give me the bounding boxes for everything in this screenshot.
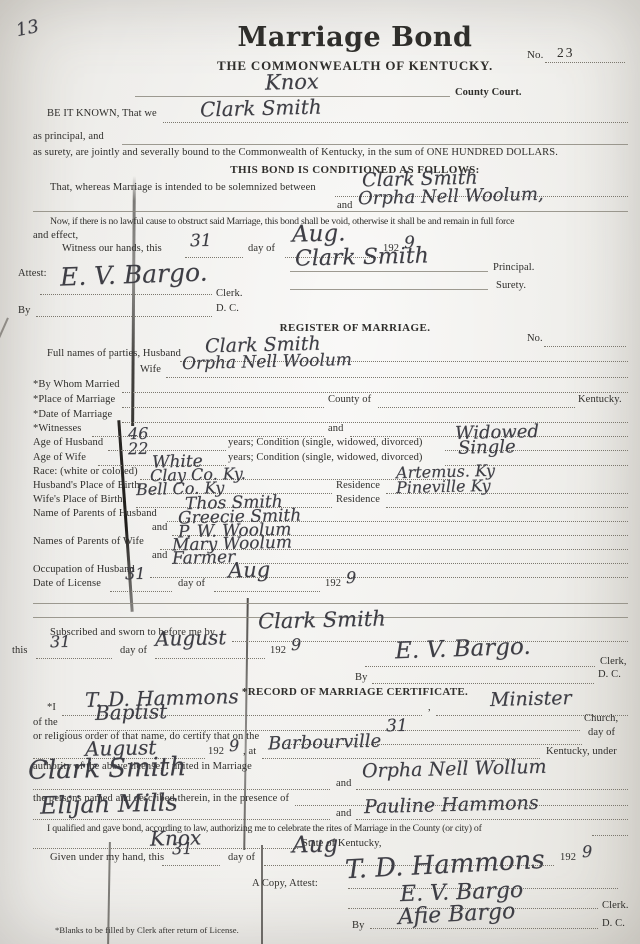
by-whom-married-label: *By Whom Married <box>33 379 120 390</box>
husband-birth-label: Husband's Place of Birth <box>33 480 140 491</box>
city-handwritten: Barbourville <box>268 731 382 755</box>
day-of-label: day of <box>588 727 615 738</box>
attest-label: Attest: <box>18 268 47 279</box>
at-label: , at <box>243 746 256 757</box>
rule <box>122 407 324 408</box>
clerk-signature: E. V. Bargo. <box>60 257 208 291</box>
surety-clause: as surety, are jointly and severally bou… <box>33 147 558 158</box>
fold-crease-line <box>243 598 249 850</box>
county-name-handwritten: Knox <box>265 69 319 94</box>
void-clause: Now, if there is no lawful cause to obst… <box>50 216 514 227</box>
kentucky-under-label: Kentucky, under <box>546 746 617 757</box>
wife-age-handwritten: 22 <box>128 439 149 458</box>
cert-day-handwritten: 31 <box>386 716 408 737</box>
register-number-label: No. <box>527 333 543 344</box>
day-of-label: day of <box>120 645 147 656</box>
by-label: By <box>18 305 30 316</box>
year-prefix: 192 <box>208 746 224 757</box>
rule <box>110 591 172 592</box>
deputy-signature: Afie Bargo <box>397 899 515 930</box>
rule <box>163 122 628 123</box>
condition-label: years; Condition (single, widowed, divor… <box>228 437 423 448</box>
occupation-handwritten: Farmer <box>172 547 236 569</box>
document-title: Marriage Bond <box>70 22 640 53</box>
clerk-label: Clerk, <box>600 656 627 667</box>
copy-attest-label: A Copy, Attest: <box>252 878 318 889</box>
surety-label: Surety. <box>496 280 526 291</box>
conditioned-heading: THIS BOND IS CONDITIONED AS FOLLOWS: <box>70 164 640 176</box>
sworn-day-handwritten: 31 <box>50 632 71 651</box>
minister-title-handwritten: Minister <box>490 687 572 711</box>
register-heading: REGISTER OF MARRIAGE. <box>70 322 640 334</box>
rule <box>356 819 628 820</box>
rule <box>36 658 112 659</box>
principal-label: Principal. <box>493 262 535 273</box>
license-year-handwritten: 9 <box>346 568 357 587</box>
rule <box>378 407 575 408</box>
solemnized-clause: That, whereas Marriage is intended to be… <box>50 182 316 193</box>
year-prefix: 192 <box>560 852 576 863</box>
and-label: and <box>328 423 343 434</box>
rule <box>214 591 320 592</box>
rule <box>36 316 212 317</box>
day-of-label: day of <box>248 243 275 254</box>
license-day-handwritten: 31 <box>125 564 146 583</box>
be-it-known-clause: BE IT KNOWN, That we <box>47 108 157 119</box>
sworn-month-handwritten: August <box>155 625 227 651</box>
principal-name-handwritten: Clark Smith <box>200 95 322 122</box>
corner-pen-mark: 13 <box>14 16 41 41</box>
this-label: this <box>12 645 28 656</box>
and-label: and <box>152 522 167 533</box>
as-principal-clause: as principal, and <box>33 131 104 142</box>
register-wife-handwritten: Orpha Nell Woolum <box>182 350 352 374</box>
occupation-label: Occupation of Husband <box>33 564 135 575</box>
qualified-clause: I qualified and gave bond, according to … <box>47 823 482 834</box>
residence-label: Residence <box>336 480 380 491</box>
comma-label: , <box>428 702 431 713</box>
cert-year-handwritten: 9 <box>229 736 240 755</box>
rule <box>150 577 628 578</box>
deputy-clerk-label: D. C. <box>602 918 625 929</box>
of-the-label: of the <box>33 717 58 728</box>
rule <box>592 835 628 836</box>
deputy-clerk-label: D. C. <box>216 303 239 314</box>
clerk-label: Clerk. <box>602 900 629 911</box>
scratch-mark <box>0 317 9 358</box>
rule <box>162 865 220 866</box>
full-names-label: Full names of parties, Husband <box>47 348 181 359</box>
parents-of-husband-label: Name of Parents of Husband <box>33 508 157 519</box>
sworn-year-handwritten: 9 <box>291 635 302 654</box>
void-clause-continued: and effect, <box>33 230 78 241</box>
age-of-husband-label: Age of Husband <box>33 437 103 448</box>
residence-label: Residence <box>336 494 380 505</box>
scanned-marriage-bond-page: 13 Marriage Bond No. 23 THE COMMONWEALTH… <box>0 0 640 944</box>
given-day-handwritten: 31 <box>172 839 193 858</box>
rule <box>122 144 628 145</box>
rule <box>122 392 628 393</box>
date-of-marriage-label: *Date of Marriage <box>33 409 112 420</box>
cert-witness1-handwritten: Elijah Mills <box>40 788 178 819</box>
cert-witness2-handwritten: Pauline Hammons <box>364 792 539 818</box>
deputy-clerk-label: D. C. <box>598 669 621 680</box>
given-month-handwritten: Aug <box>292 831 339 858</box>
parents-of-wife-label: Names of Parents of Wife <box>33 536 144 547</box>
rule <box>122 422 628 423</box>
race-label: Race: (white or colored) <box>33 466 138 477</box>
and-label: and <box>152 550 167 561</box>
rule <box>386 507 628 508</box>
day-of-label: day of <box>228 852 255 863</box>
rule <box>33 603 628 604</box>
condition-label: years; Condition (single, widowed, divor… <box>228 452 423 463</box>
and-label: and <box>337 200 352 211</box>
rule <box>40 294 212 295</box>
rule <box>166 377 628 378</box>
by-label: By <box>355 672 367 683</box>
rule <box>33 211 628 212</box>
cert-groom-handwritten: Clark Smith <box>28 752 187 786</box>
principal-signature: Clark Smith <box>295 243 429 271</box>
wife-label: Wife <box>140 364 161 375</box>
wife-residence-handwritten: Pineville Ky <box>396 476 491 497</box>
church-label: Church, <box>584 713 618 724</box>
rule <box>356 789 628 790</box>
rule <box>544 346 626 347</box>
rule <box>365 666 595 667</box>
day-of-label: day of <box>178 578 205 589</box>
witness-month-handwritten: Aug. <box>292 220 346 247</box>
i-label: *I <box>47 702 56 713</box>
clerk-label: Clerk. <box>216 288 243 299</box>
witnesses-label: *Witnesses <box>33 423 81 434</box>
rule <box>33 819 330 820</box>
place-of-marriage-label: *Place of Marriage <box>33 394 115 405</box>
and-label: and <box>336 778 351 789</box>
fold-crease-line <box>131 176 136 426</box>
rule <box>372 683 594 684</box>
wife-birth-label: Wife's Place of Birth <box>33 494 123 505</box>
rule <box>370 928 598 929</box>
year-prefix: 192 <box>325 578 341 589</box>
rule <box>290 289 488 290</box>
date-of-license-label: Date of License <box>33 578 101 589</box>
cert-bride-handwritten: Orpha Nell Wollum <box>362 756 547 783</box>
sworn-name-handwritten: Clark Smith <box>258 606 386 633</box>
license-month-handwritten: Aug <box>228 557 271 582</box>
church-handwritten: Baptist <box>95 699 168 725</box>
given-clause: Given under my hand, this <box>50 852 164 863</box>
county-court-label: County Court. <box>455 87 522 98</box>
by-label: By <box>352 920 364 931</box>
rule <box>155 658 265 659</box>
footnote: *Blanks to be filled by Clerk after retu… <box>55 925 239 935</box>
commonwealth-heading: THE COMMONWEALTH OF KENTUCKY. <box>70 58 640 74</box>
rule <box>290 271 488 272</box>
given-year-handwritten: 9 <box>582 842 593 861</box>
witness-day-handwritten: 31 <box>190 231 212 252</box>
and-label: and <box>336 808 351 819</box>
year-prefix: 192 <box>270 645 286 656</box>
witness-hands-clause: Witness our hands, this <box>62 243 162 254</box>
rule <box>108 450 226 451</box>
bride-name-handwritten: Orpha Nell Woolum, <box>358 184 544 210</box>
county-of-label: County of <box>328 394 371 405</box>
kentucky-label: Kentucky. <box>578 394 622 405</box>
wife-condition-handwritten: Single <box>458 436 516 458</box>
sworn-clerk-signature: E. V. Bargo. <box>395 634 532 665</box>
age-of-wife-label: Age of Wife <box>33 452 86 463</box>
fold-crease-line <box>261 845 263 944</box>
